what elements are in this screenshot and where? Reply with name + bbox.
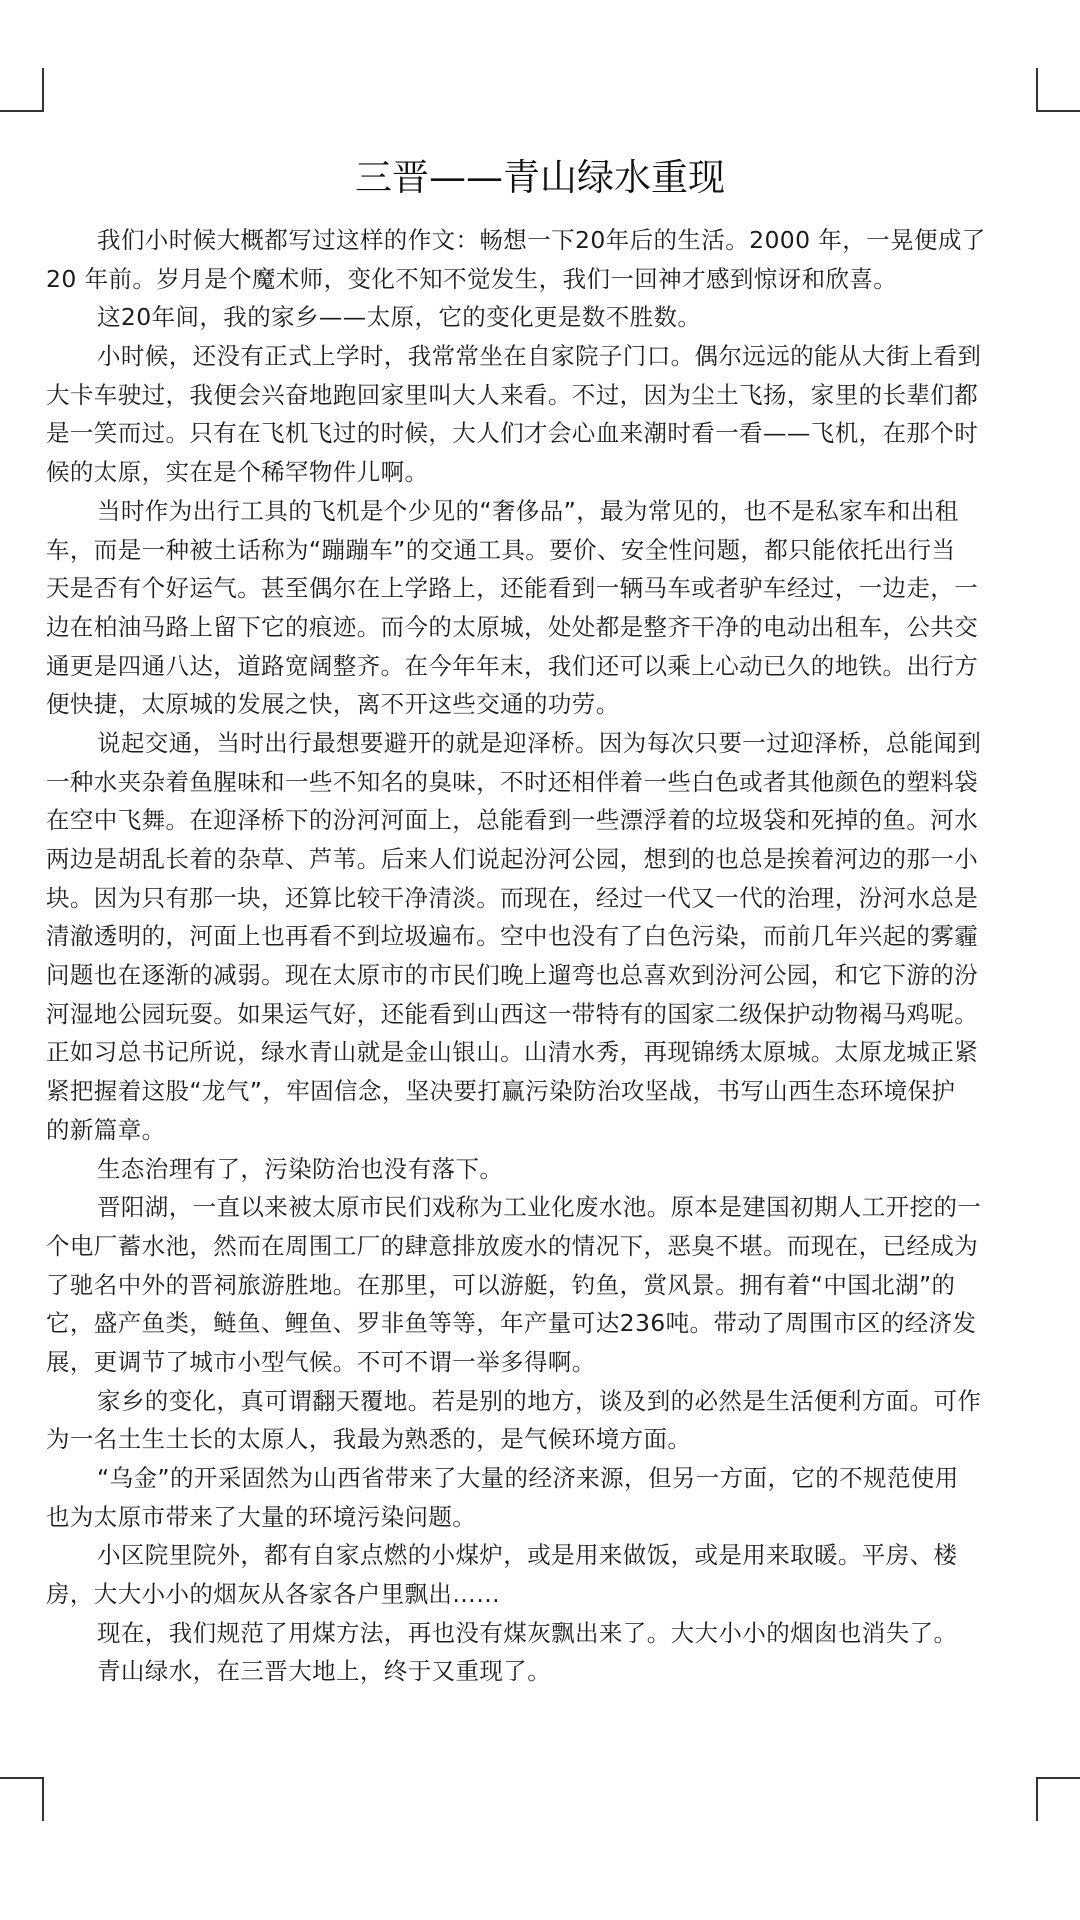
paragraph-line: 正如习总书记所说，绿水青山就是金山银山。山清水秀，再现锦绣太原城。太原龙城正紧: [46, 1033, 1036, 1072]
crop-mark-top-right: [1036, 68, 1080, 112]
paragraph-line: 展，更调节了城市小型气候。不可不谓一举多得啊。: [46, 1343, 1036, 1382]
paragraph-line: 问题也在逐渐的减弱。现在太原市的市民们晚上遛弯也总喜欢到汾河公园，和它下游的汾: [46, 956, 1036, 995]
paragraph-first-line: 小区院里院外，都有自家点燃的小煤炉，或是用来做饭，或是用来取暖。平房、楼: [46, 1536, 1036, 1575]
paragraph-line: 也为太原市带来了大量的环境污染问题。: [46, 1498, 1036, 1537]
article-title: 三晋——青山绿水重现: [0, 152, 1080, 204]
paragraph-line: 大卡车驶过，我便会兴奋地跑回家里叫大人来看。不过，因为尘土飞扬，家里的长辈们都: [46, 376, 1036, 415]
paragraph: 家乡的变化，真可谓翻天覆地。若是别的地方，谈及到的必然是生活便利方面。可作为一名…: [46, 1382, 1036, 1459]
paragraph-line: 紧把握着这股“龙气”，牢固信念，坚决要打赢污染防治攻坚战，书写山西生态环境保护: [46, 1072, 1036, 1111]
crop-mark-bottom-right: [1036, 1777, 1080, 1821]
paragraph-line: 个电厂蓄水池，然而在周围工厂的肆意排放废水的情况下，恶臭不堪。而现在，已经成为: [46, 1227, 1036, 1266]
paragraph-line: 边在柏油马路上留下它的痕迹。而今的太原城，处处都是整齐干净的电动出租车，公共交: [46, 608, 1036, 647]
paragraph-line: 河湿地公园玩耍。如果运气好，还能看到山西这一带特有的国家二级保护动物褐马鸡呢。: [46, 995, 1036, 1034]
paragraph: 青山绿水，在三晋大地上，终于又重现了。: [46, 1652, 1036, 1691]
paragraph-line: 车，而是一种被土话称为“蹦蹦车”的交通工具。要价、安全性问题，都只能依托出行当: [46, 531, 1036, 570]
paragraph-line: 候的太原，实在是个稀罕物件儿啊。: [46, 453, 1036, 492]
paragraph-first-line: 当时作为出行工具的飞机是个少见的“奢侈品”，最为常见的，也不是私家车和出租: [46, 492, 1036, 531]
paragraph-first-line: 晋阳湖，一直以来被太原市民们戏称为工业化废水池。原本是建国初期人工开挖的一: [46, 1188, 1036, 1227]
paragraph: 这20年间，我的家乡——太原，它的变化更是数不胜数。: [46, 298, 1036, 337]
article-body: 我们小时候大概都写过这样的作文：畅想一下20年后的生活。2000 年，一晃便成了…: [46, 221, 1036, 1691]
paragraph-first-line: 我们小时候大概都写过这样的作文：畅想一下20年后的生活。2000 年，一晃便成了: [46, 221, 1036, 260]
paragraph-line: 的新篇章。: [46, 1111, 1036, 1150]
paragraph-line: 在空中飞舞。在迎泽桥下的汾河河面上，总能看到一些漂浮着的垃圾袋和死掉的鱼。河水: [46, 801, 1036, 840]
paragraph-first-line: 家乡的变化，真可谓翻天覆地。若是别的地方，谈及到的必然是生活便利方面。可作: [46, 1382, 1036, 1421]
paragraph: 我们小时候大概都写过这样的作文：畅想一下20年后的生活。2000 年，一晃便成了…: [46, 221, 1036, 298]
paragraph: 现在，我们规范了用煤方法，再也没有煤灰飘出来了。大大小小的烟囱也消失了。: [46, 1614, 1036, 1653]
paragraph-line: 两边是胡乱长着的杂草、芦苇。后来人们说起汾河公园，想到的也总是挨着河边的那一小: [46, 840, 1036, 879]
paragraph-line: 通更是四通八达，道路宽阔整齐。在今年年末，我们还可以乘上心动已久的地铁。出行方: [46, 647, 1036, 686]
paragraph-line: 是一笑而过。只有在飞机飞过的时候，大人们才会心血来潮时看一看——飞机，在那个时: [46, 414, 1036, 453]
paragraph-first-line: 说起交通，当时出行最想要避开的就是迎泽桥。因为每次只要一过迎泽桥，总能闻到: [46, 724, 1036, 763]
paragraph-first-line: “乌金”的开采固然为山西省带来了大量的经济来源，但另一方面，它的不规范使用: [46, 1459, 1036, 1498]
paragraph: 说起交通，当时出行最想要避开的就是迎泽桥。因为每次只要一过迎泽桥，总能闻到一种水…: [46, 724, 1036, 1150]
paragraph: 小区院里院外，都有自家点燃的小煤炉，或是用来做饭，或是用来取暖。平房、楼房，大大…: [46, 1536, 1036, 1613]
paragraph-line: 清澈透明的，河面上也再看不到垃圾遍布。空中也没有了白色污染，而前几年兴起的雾霾: [46, 917, 1036, 956]
crop-mark-top-left: [0, 68, 44, 112]
paragraph-line: 它，盛产鱼类，鲢鱼、鲤鱼、罗非鱼等等，年产量可达236吨。带动了周围市区的经济发: [46, 1304, 1036, 1343]
paragraph-line: 块。因为只有那一块，还算比较干净清淡。而现在，经过一代又一代的治理，汾河水总是: [46, 879, 1036, 918]
paragraph-line: 房，大大小小的烟灰从各家各户里飘出……: [46, 1575, 1036, 1614]
paragraph-line: 20 年前。岁月是个魔术师，变化不知不觉发生，我们一回神才感到惊讶和欣喜。: [46, 260, 1036, 299]
paragraph: 小时候，还没有正式上学时，我常常坐在自家院子门口。偶尔远远的能从大街上看到大卡车…: [46, 337, 1036, 492]
paragraph: 生态治理有了，污染防治也没有落下。: [46, 1150, 1036, 1189]
paragraph: “乌金”的开采固然为山西省带来了大量的经济来源，但另一方面，它的不规范使用也为太…: [46, 1459, 1036, 1536]
paragraph-first-line: 生态治理有了，污染防治也没有落下。: [46, 1150, 1036, 1189]
paragraph: 晋阳湖，一直以来被太原市民们戏称为工业化废水池。原本是建国初期人工开挖的一个电厂…: [46, 1188, 1036, 1381]
paragraph-first-line: 青山绿水，在三晋大地上，终于又重现了。: [46, 1652, 1036, 1691]
crop-mark-bottom-left: [0, 1777, 44, 1821]
paragraph-first-line: 这20年间，我的家乡——太原，它的变化更是数不胜数。: [46, 298, 1036, 337]
paragraph-line: 天是否有个好运气。甚至偶尔在上学路上，还能看到一辆马车或者驴车经过，一边走，一: [46, 569, 1036, 608]
paragraph-line: 便快捷，太原城的发展之快，离不开这些交通的功劳。: [46, 685, 1036, 724]
paragraph-first-line: 现在，我们规范了用煤方法，再也没有煤灰飘出来了。大大小小的烟囱也消失了。: [46, 1614, 1036, 1653]
paragraph-first-line: 小时候，还没有正式上学时，我常常坐在自家院子门口。偶尔远远的能从大街上看到: [46, 337, 1036, 376]
paragraph-line: 了驰名中外的晋祠旅游胜地。在那里，可以游艇，钓鱼，赏风景。拥有着“中国北湖”的: [46, 1266, 1036, 1305]
paragraph: 当时作为出行工具的飞机是个少见的“奢侈品”，最为常见的，也不是私家车和出租车，而…: [46, 492, 1036, 724]
paragraph-line: 一种水夹杂着鱼腥味和一些不知名的臭味，不时还相伴着一些白色或者其他颜色的塑料袋: [46, 763, 1036, 802]
paragraph-line: 为一名土生土长的太原人，我最为熟悉的，是气候环境方面。: [46, 1420, 1036, 1459]
